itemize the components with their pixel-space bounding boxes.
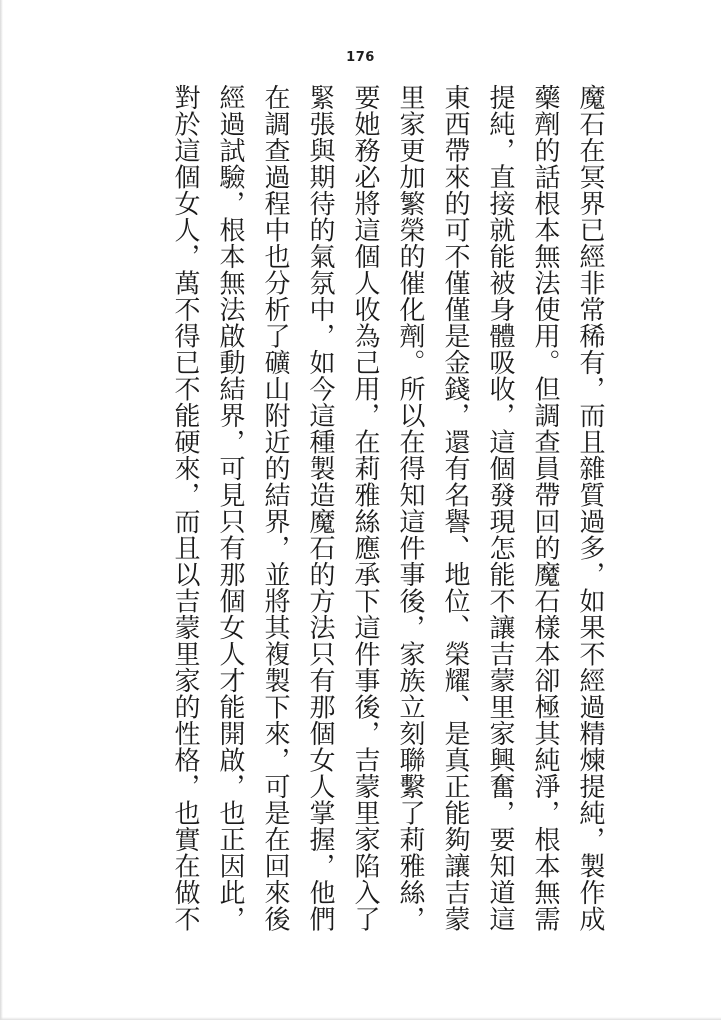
text-column: 藥劑的話根本無法使用。但調查員帶回的魔石樣本卻極其純淨，根本無需 (532, 84, 558, 936)
page-number: 176 (0, 50, 721, 65)
text-column: 在調查過程中也分析了礦山附近的結界，並將其複製下來，可是在回來後 (262, 84, 288, 936)
text-column: 要她務必將這個人收為己用，在莉雅絲應承下這件事後，吉蒙里家陷入了 (352, 84, 378, 936)
vertical-text-block: 魔石在冥界已經非常稀有，而且雜質過多，如果不經過精煉提純，製作成藥劑的話根本無法… (172, 84, 603, 940)
text-column: 緊張與期待的氣氛中，如今這種製造魔石的方法只有那個女人掌握，他們 (307, 84, 333, 936)
text-column: 經過試驗，根本無法啟動結界，可見只有那個女人才能開啟，也正因此， (217, 84, 243, 936)
text-column: 東西帶來的可不僅僅是金錢，還有名譽、地位、榮耀、是真正能夠讓吉蒙 (442, 84, 468, 936)
book-page: { "page": { "number": "176", "columns": … (0, 0, 721, 1020)
text-column: 提純，直接就能被身體吸收，這個發現怎能不讓吉蒙里家興奮，要知道這 (487, 84, 513, 936)
page-edge-left (0, 0, 3, 1020)
text-column: 魔石在冥界已經非常稀有，而且雜質過多，如果不經過精煉提純，製作成 (577, 84, 603, 936)
text-column: 里家更加繁榮的催化劑。所以在得知這件事後，家族立刻聯繫了莉雅絲， (397, 84, 423, 936)
text-column: 對於這個女人，萬不得已不能硬來，而且以吉蒙里家的性格，也實在做不 (172, 84, 198, 936)
